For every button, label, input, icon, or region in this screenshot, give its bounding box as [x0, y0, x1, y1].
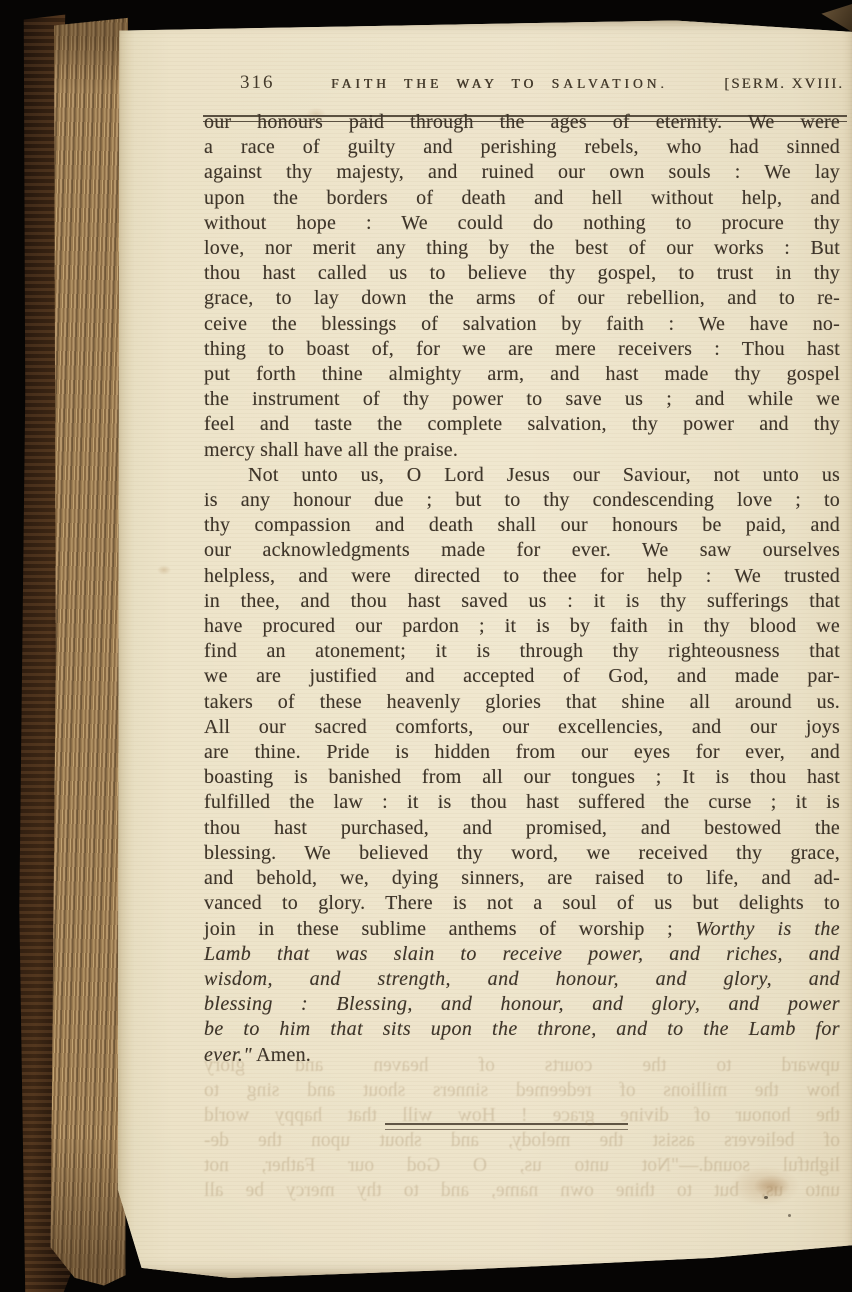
text-line: helpless, and were directed to thee for … — [204, 564, 840, 589]
text-line: find an atonement; it is through thy rig… — [204, 639, 840, 664]
text-line: have procured our pardon ; it is by fait… — [204, 614, 840, 639]
book-page: 316 FAITH THE WAY TO SALVATION. [SERM. X… — [112, 18, 852, 1278]
text-line: mercy shall have all the praise. — [204, 438, 840, 463]
text-line: All our sacred comforts, our excellencie… — [204, 715, 840, 740]
bleed-line: upward to the courts of heaven and glory — [204, 1053, 840, 1078]
ink-speck — [788, 1214, 791, 1217]
text-line: takers of these heavenly glories that sh… — [204, 690, 840, 715]
text-line: and behold, we, dying sinners, are raise… — [204, 866, 840, 891]
page-number: 316 — [240, 72, 275, 94]
book-corner-peek — [818, 4, 852, 32]
text-line: Lamb that was slain to receive power, an… — [204, 942, 840, 967]
paragraph-1: our honours paid through the ages of ete… — [204, 110, 840, 463]
text-line: our honours paid through the ages of ete… — [204, 110, 840, 135]
text-line: blessing. We believed thy word, we recei… — [204, 841, 840, 866]
text-line: wisdom, and strength, and honour, and gl… — [204, 967, 840, 992]
stain-mark — [730, 1166, 800, 1206]
text-line: thou hast purchased, and promised, and b… — [204, 816, 840, 841]
text-line: thou hast called us to believe thy gospe… — [204, 261, 840, 286]
text-line: the instrument of thy power to save us ;… — [204, 387, 840, 412]
text-line: feel and taste the complete salvation, t… — [204, 412, 840, 437]
text-line: fulfilled the law : it is thou hast suff… — [204, 790, 840, 815]
text-line: without hope : We could do nothing to pr… — [204, 211, 840, 236]
text-line: grace, to lay down the arms of our rebel… — [204, 286, 840, 311]
paragraph-2: Not unto us, O Lord Jesus our Saviour, n… — [204, 463, 840, 1068]
running-title: FAITH THE WAY TO SALVATION. — [275, 76, 725, 92]
text-line: against thy majesty, and ruined our own … — [204, 160, 840, 185]
text-line: blessing : Blessing, and honour, and glo… — [204, 992, 840, 1017]
text-line: thing to boast of, for we are mere recei… — [204, 337, 840, 362]
text-line: are thine. Pride is hidden from our eyes… — [204, 740, 840, 765]
ink-speck — [764, 1196, 768, 1199]
bleed-line: of believers assist the melody, and shou… — [204, 1128, 840, 1153]
text-line: a race of guilty and perishing rebels, w… — [204, 135, 840, 160]
text-line: boasting is banished from all our tongue… — [204, 765, 840, 790]
bleed-line: how the millions of redeemed sinners sho… — [204, 1078, 840, 1103]
text-line: be to him that sits upon the throne, and… — [204, 1017, 840, 1042]
text-line: our acknowledgments made for ever. We sa… — [204, 538, 840, 563]
text-line: join in these sublime anthems of worship… — [204, 917, 840, 942]
text-line: vanced to glory. There is not a soul of … — [204, 891, 840, 916]
text-line: Not unto us, O Lord Jesus our Saviour, n… — [204, 463, 840, 488]
text-line: thy compassion and death shall our honou… — [204, 513, 840, 538]
text-line: ceive the blessings of salvation by fait… — [204, 312, 840, 337]
paragraph-1-lines: our honours paid through the ages of ete… — [204, 110, 840, 438]
text-line: put forth thine almighty arm, and hast m… — [204, 362, 840, 387]
body-text: our honours paid through the ages of ete… — [204, 110, 840, 1068]
text-line: love, nor merit any thing by the best of… — [204, 236, 840, 261]
text-line: we are justified and accepted of God, an… — [204, 664, 840, 689]
paragraph-2-lines: is any honour due ; but to thy condescen… — [204, 488, 840, 1042]
text-line: in thee, and thou hast saved us : it is … — [204, 589, 840, 614]
page-header: 316 FAITH THE WAY TO SALVATION. [SERM. X… — [204, 72, 844, 94]
text-line: is any honour due ; but to thy condescen… — [204, 488, 840, 513]
sermon-number-label: [SERM. XVIII. — [724, 76, 844, 93]
book-photo: 316 FAITH THE WAY TO SALVATION. [SERM. X… — [0, 0, 852, 1292]
text-line: upon the borders of death and hell witho… — [204, 186, 840, 211]
bleed-line: the honour of divine grace ! How will th… — [204, 1103, 840, 1128]
